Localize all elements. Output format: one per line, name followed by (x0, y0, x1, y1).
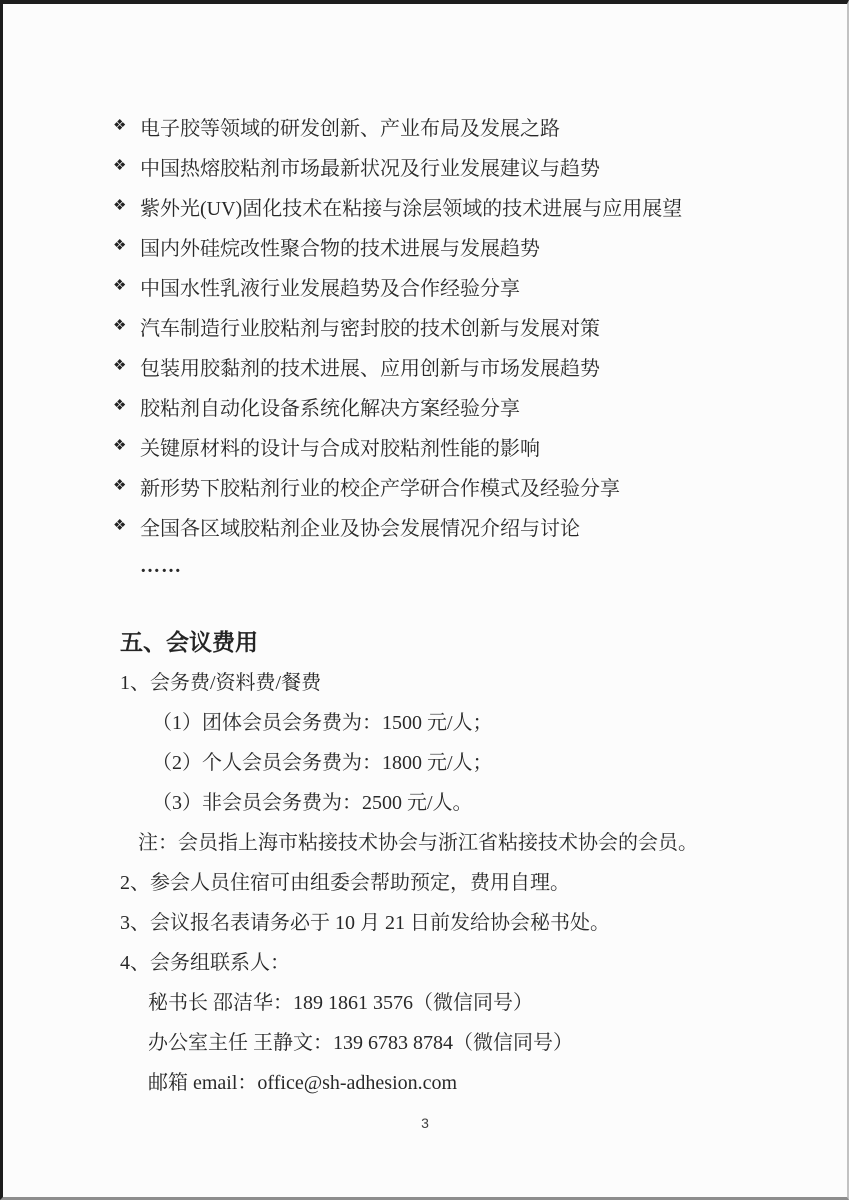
diamond-bullet-icon: ❖ (113, 119, 131, 134)
diamond-bullet-icon: ❖ (113, 199, 131, 214)
topic-item-text: 关键原材料的设计与合成对胶粘剂性能的影响 (140, 432, 540, 461)
contact-line-office-director: 办公室主任 王静文：139 6783 8784（微信同号） (3, 1023, 847, 1063)
topic-item: ❖ 关键原材料的设计与合成对胶粘剂性能的影响 (3, 426, 847, 466)
fee-item-4: 4、会务组联系人： (3, 943, 847, 983)
diamond-bullet-icon: ❖ (113, 399, 131, 414)
diamond-bullet-icon: ❖ (113, 319, 131, 334)
section-heading-fees: 五、会议费用 (120, 623, 847, 663)
fee-line-individual-member: （2）个人会员会务费为：1800 元/人； (3, 743, 847, 783)
topic-item: ❖ 中国水性乳液行业发展趋势及合作经验分享 (3, 266, 847, 306)
topic-item: ❖ 紫外光(UV)固化技术在粘接与涂层领域的技术进展与应用展望 (3, 186, 847, 226)
diamond-bullet-icon: ❖ (113, 439, 131, 454)
topic-item-text: 中国热熔胶粘剂市场最新状况及行业发展建议与趋势 (140, 152, 600, 181)
topic-item: ❖ 国内外硅烷改性聚合物的技术进展与发展趋势 (3, 226, 847, 266)
diamond-bullet-icon: ❖ (113, 519, 131, 534)
topic-item-text: 国内外硅烷改性聚合物的技术进展与发展趋势 (140, 232, 540, 261)
topic-item-text: 电子胶等领域的研发创新、产业布局及发展之路 (140, 112, 560, 141)
topic-item-text: 汽车制造行业胶粘剂与密封胶的技术创新与发展对策 (140, 312, 600, 341)
topic-item-text: 包装用胶黏剂的技术进展、应用创新与市场发展趋势 (140, 352, 600, 381)
topic-item: ❖ 胶粘剂自动化设备系统化解决方案经验分享 (3, 386, 847, 426)
page-number: 3 (3, 1115, 847, 1131)
topic-item-text: 紫外光(UV)固化技术在粘接与涂层领域的技术进展与应用展望 (140, 192, 682, 221)
diamond-bullet-icon: ❖ (113, 359, 131, 374)
contact-line-email: 邮箱 email：office@sh-adhesion.com (3, 1063, 847, 1103)
member-note-line: 注：会员指上海市粘接技术协会与浙江省粘接技术协会的会员。 (3, 823, 847, 863)
contact-line-secretary-general: 秘书长 邵洁华：189 1861 3576（微信同号） (3, 983, 847, 1023)
topic-item: ❖ 汽车制造行业胶粘剂与密封胶的技术创新与发展对策 (3, 306, 847, 346)
topic-item: ❖ 中国热熔胶粘剂市场最新状况及行业发展建议与趋势 (3, 146, 847, 186)
topic-item-text: 中国水性乳液行业发展趋势及合作经验分享 (140, 272, 520, 301)
ellipsis-line: …… (3, 546, 847, 586)
topic-item: ❖ 全国各区域胶粘剂企业及协会发展情况介绍与讨论 (3, 506, 847, 546)
topic-item: ❖ 新形势下胶粘剂行业的校企产学研合作模式及经验分享 (3, 466, 847, 506)
diamond-bullet-icon: ❖ (113, 239, 131, 254)
fee-item-3: 3、会议报名表请务必于 10 月 21 日前发给协会秘书处。 (3, 903, 847, 943)
diamond-bullet-icon: ❖ (113, 479, 131, 494)
topic-item-text: 胶粘剂自动化设备系统化解决方案经验分享 (140, 392, 520, 421)
topic-item-text: 新形势下胶粘剂行业的校企产学研合作模式及经验分享 (140, 472, 620, 501)
fee-item-2: 2、参会人员住宿可由组委会帮助预定，费用自理。 (3, 863, 847, 903)
topic-list: ❖ 电子胶等领域的研发创新、产业布局及发展之路 ❖ 中国热熔胶粘剂市场最新状况及… (3, 106, 847, 586)
fee-item-1: 1、会务费/资料费/餐费 (3, 663, 847, 703)
document-page: ❖ 电子胶等领域的研发创新、产业布局及发展之路 ❖ 中国热熔胶粘剂市场最新状况及… (0, 0, 849, 1200)
topic-item-text: 全国各区域胶粘剂企业及协会发展情况介绍与讨论 (140, 512, 580, 541)
fee-line-non-member: （3）非会员会务费为：2500 元/人。 (3, 783, 847, 823)
diamond-bullet-icon: ❖ (113, 159, 131, 174)
topic-item: ❖ 电子胶等领域的研发创新、产业布局及发展之路 (3, 106, 847, 146)
diamond-bullet-icon: ❖ (113, 279, 131, 294)
fee-line-group-member: （1）团体会员会务费为：1500 元/人； (3, 703, 847, 743)
topic-item: ❖ 包装用胶黏剂的技术进展、应用创新与市场发展趋势 (3, 346, 847, 386)
